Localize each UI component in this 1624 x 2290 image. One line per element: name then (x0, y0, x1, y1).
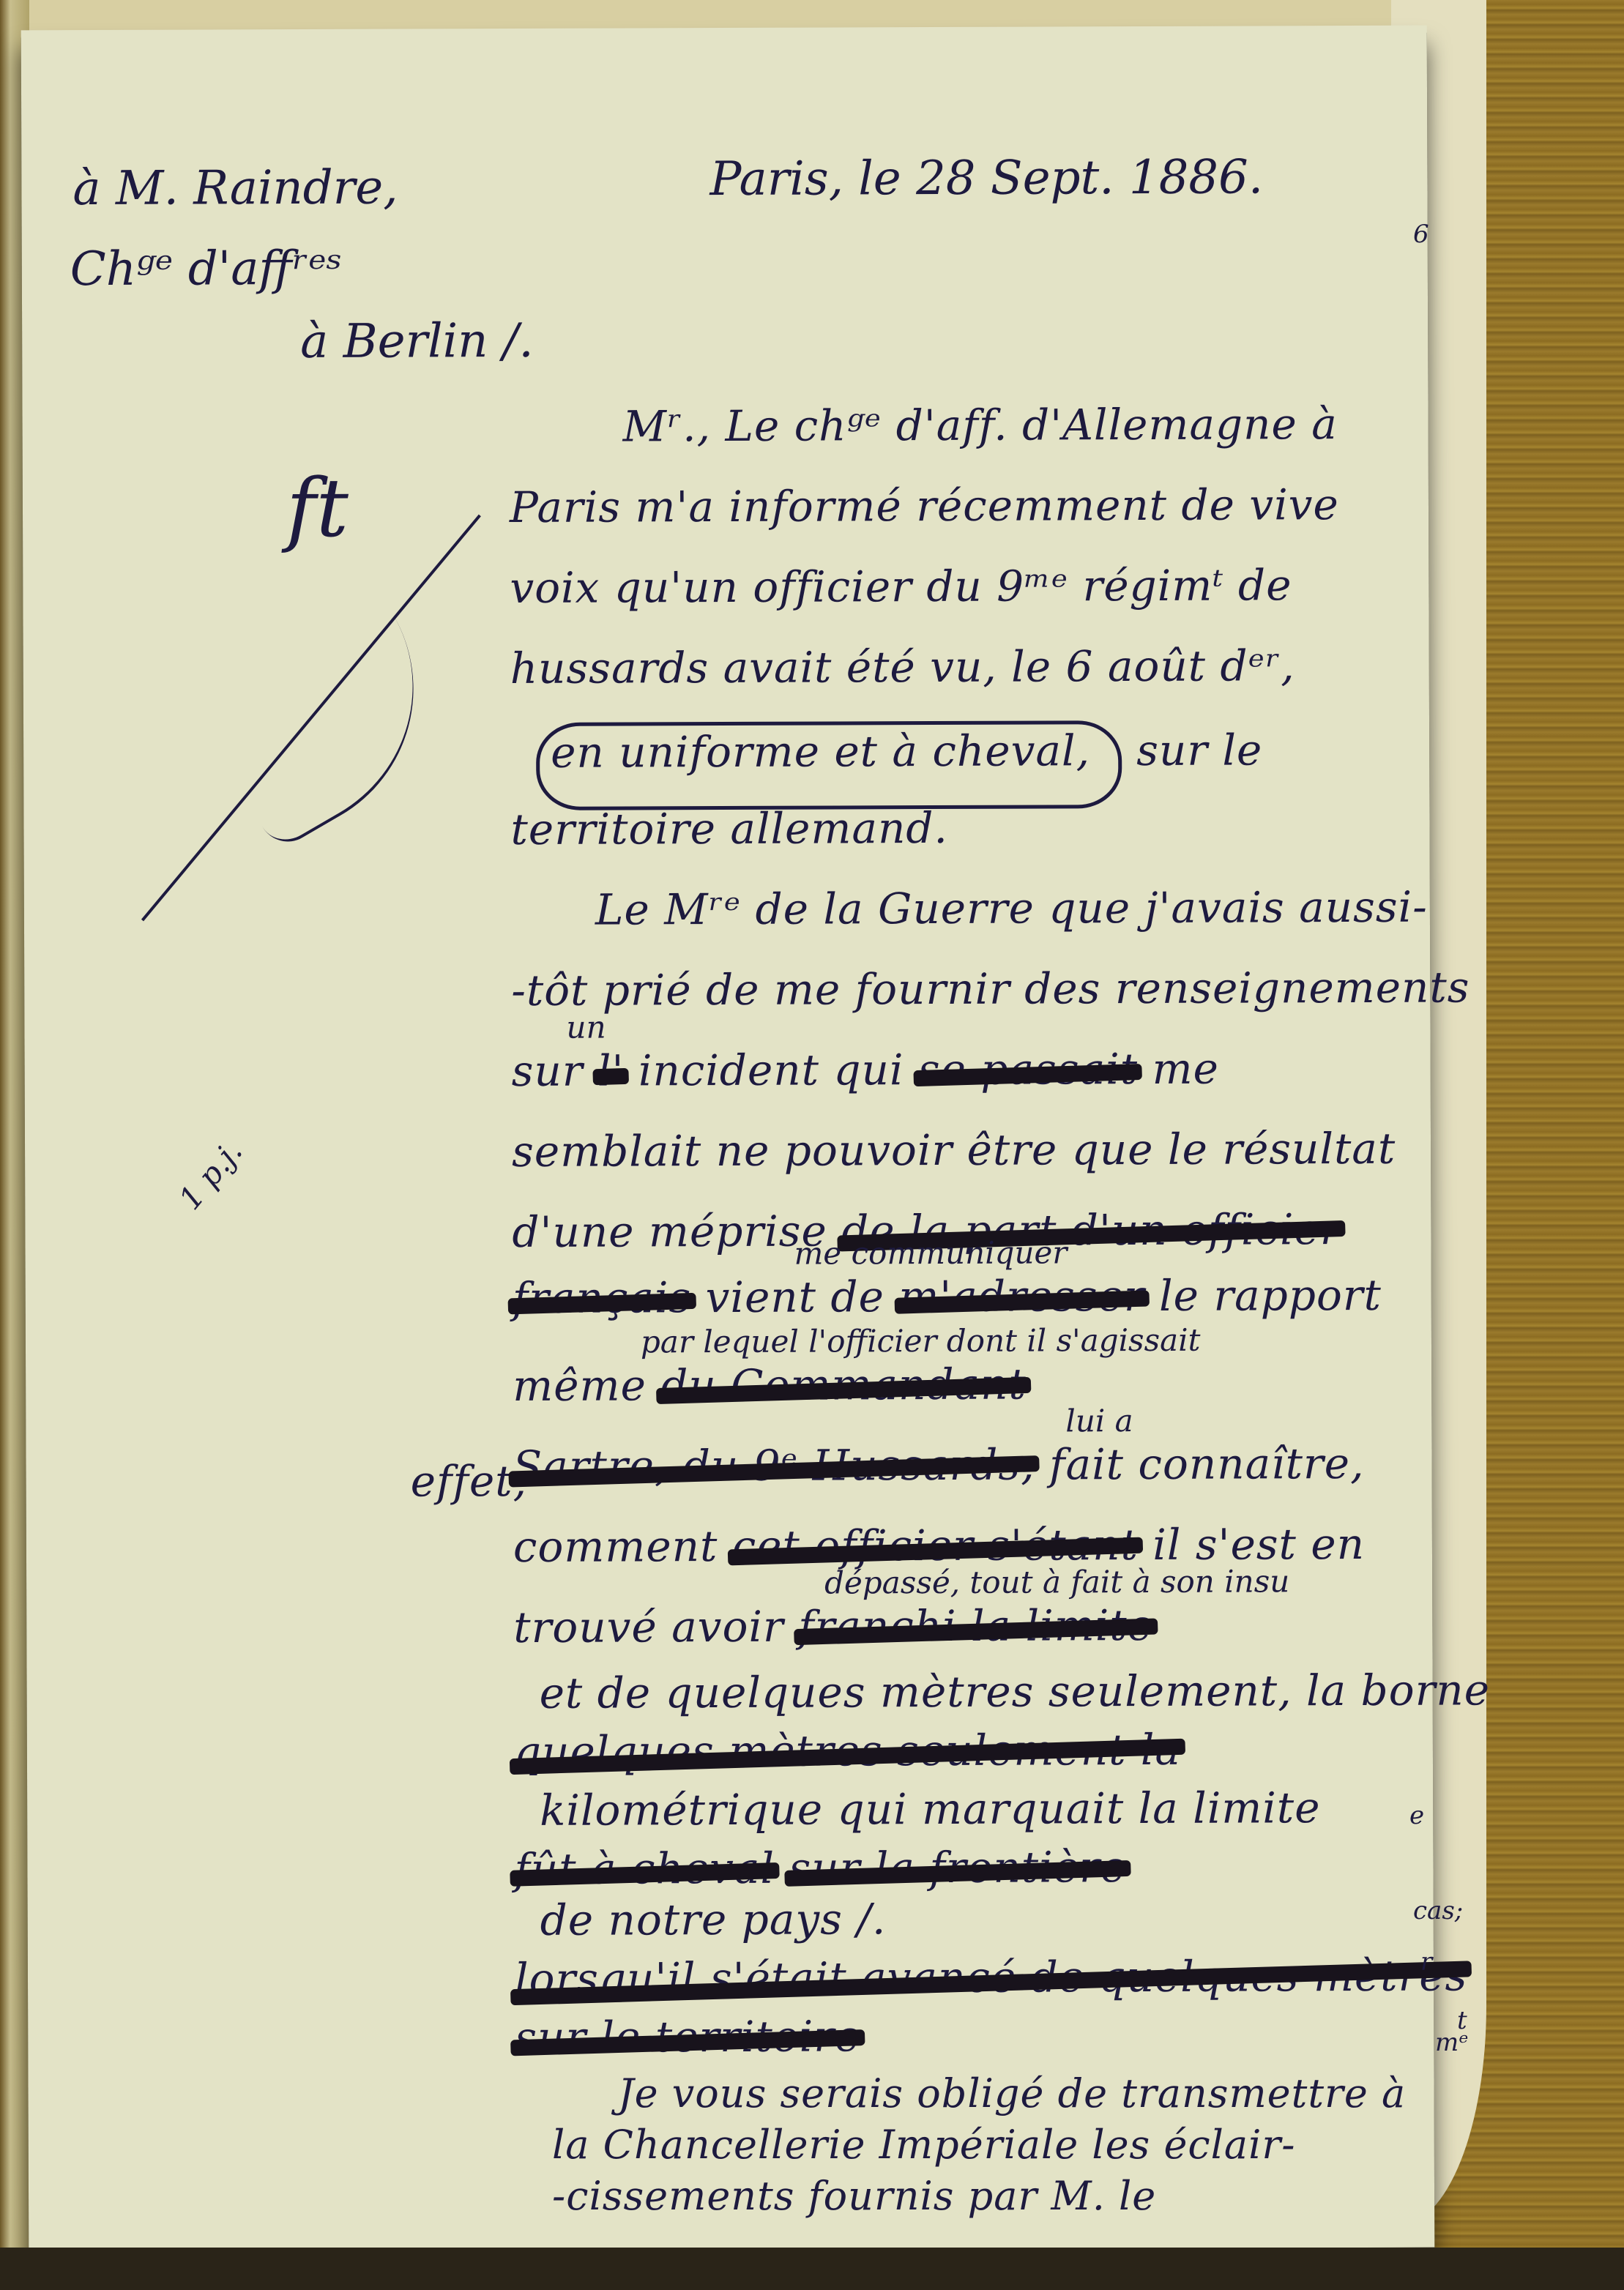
edge-fragment: 6 (1413, 220, 1429, 249)
edge-fragment: r (1420, 1947, 1432, 1977)
bottom-shadow (0, 2248, 1624, 2290)
closing-line-3: -cissements fournis par M. le (552, 2173, 1156, 2219)
edge-fragment: mᵉ (1435, 2028, 1468, 2057)
closing-line-1: Je vous serais obligé de transmettre à (618, 2070, 1406, 2116)
closing-line-2: la Chancellerie Impériale les éclair- (552, 2122, 1295, 2168)
edge-fragment: e (1409, 1801, 1424, 1830)
letter-page-closing (25, 28, 1431, 2250)
edge-fragment: cas; (1413, 1896, 1463, 1925)
